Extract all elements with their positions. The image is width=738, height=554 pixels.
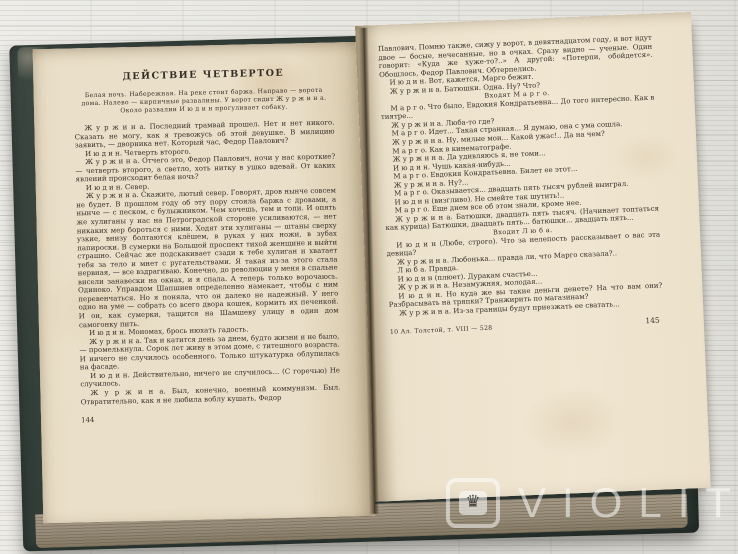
paragraph: Ж у р ж и н а. Скажите, лютый север. Гов… (76, 187, 339, 330)
left-page-text: Ж у р ж и н а. Последний трамвай прошел.… (74, 119, 340, 407)
open-book: ДЕЙСТВИЕ ЧЕТВЕРТОЕ Белая ночь. Набережна… (22, 25, 695, 538)
crown-icon: ♛ (446, 478, 500, 528)
print-signature: 10 Ал. Толстой, т. VIII — 528 (390, 324, 493, 335)
book-photo: ДЕЙСТВИЕ ЧЕТВЕРТОЕ Белая ночь. Набережна… (0, 0, 738, 554)
right-page-footer: 10 Ал. Толстой, т. VIII — 528 145 (390, 315, 664, 335)
left-page: ДЕЙСТВИЕ ЧЕТВЕРТОЕ Белая ночь. Набережна… (33, 42, 376, 523)
watermark-text: VIOLITY (518, 482, 738, 524)
right-page-text: Павлович. Помню также, сижу у ворот, в д… (378, 34, 663, 319)
right-page: Павлович. Помню также, сижу у ворот, в д… (355, 12, 711, 502)
left-page-number: 144 (81, 410, 341, 424)
violity-watermark: ♛ VIOLITY (446, 478, 738, 528)
stage-direction: Белая ночь. Набережная. На реке стоит ба… (78, 87, 330, 117)
right-page-number: 145 (645, 315, 660, 325)
act-heading: ДЕЙСТВИЕ ЧЕТВЕРТОЕ (73, 67, 333, 84)
